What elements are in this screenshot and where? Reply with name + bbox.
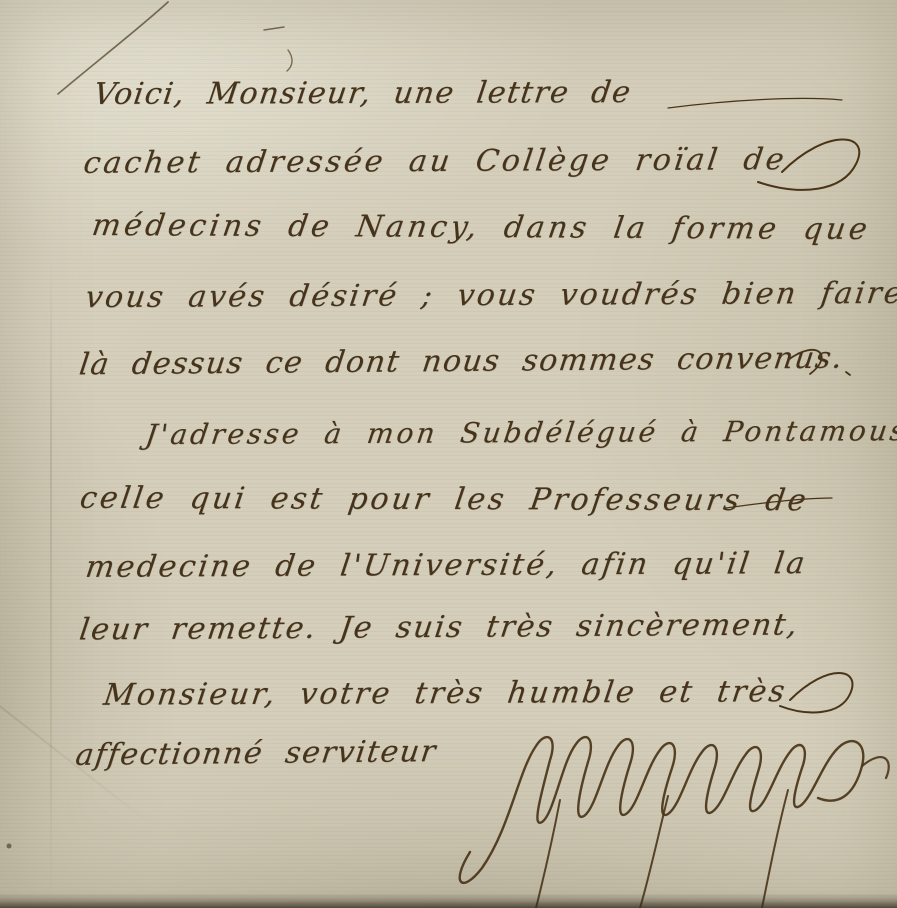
letter-line-3: médecins de Nancy, dans la forme que	[90, 208, 873, 247]
letter-line-11: affectionné serviteur	[73, 734, 438, 773]
letter-line-10: Monsieur, votre très humble et très	[101, 674, 789, 713]
letter-line-2: cachet adressée au Collège roïal de	[81, 142, 789, 181]
letter-line-7: celle qui est pour les Professeurs de	[78, 481, 811, 519]
paper-edge-shadow	[0, 893, 897, 908]
letter-line-9: leur remette. Je suis très sincèrement,	[77, 607, 801, 647]
manuscript-page: Voici, Monsieur, une lettre de cachet ad…	[0, 0, 897, 908]
letter-line-4: vous avés désiré ; vous voudrés bien fai…	[83, 276, 897, 315]
letter-line-6: J'adresse à mon Subdélégué à Pontamousso…	[143, 414, 897, 451]
letter-line-8: medecine de l'Université, afin qu'il la	[83, 546, 809, 585]
letter-line-1: Voici, Monsieur, une lettre de	[91, 75, 633, 112]
letter-body: Voici, Monsieur, une lettre de cachet ad…	[0, 0, 897, 908]
letter-line-5: là dessus ce dont nous sommes convenus.	[77, 341, 845, 383]
